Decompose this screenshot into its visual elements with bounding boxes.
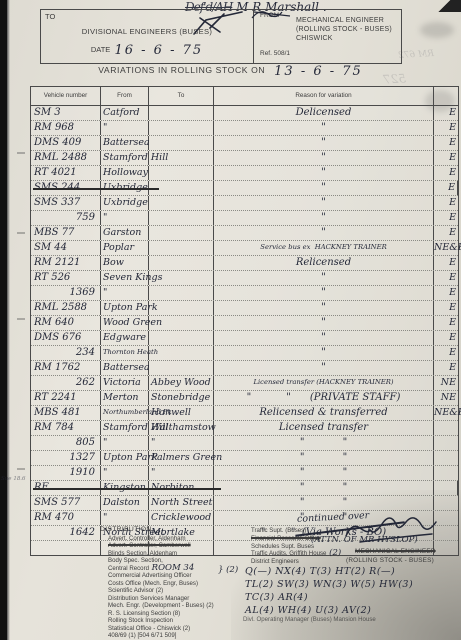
to-cell — [149, 316, 214, 330]
table-row: RM 640 Wood Green " E — [31, 316, 458, 331]
mark-cell: E — [434, 136, 458, 150]
vehicle-number-cell: DMS 676 — [31, 331, 101, 345]
margin-tick — [17, 232, 25, 234]
from-cell: " — [101, 436, 149, 450]
vehicle-number-cell: SMS 337 — [31, 196, 101, 210]
mark-cell — [434, 421, 458, 435]
sender-line1: MECHANICAL ENGINEER — [296, 16, 392, 25]
from-cell: " — [101, 511, 149, 525]
signature-icon — [340, 514, 460, 548]
from-cell: Edgware — [101, 331, 149, 345]
list-item: 408/69 (1) [504 6/71 509] — [108, 632, 250, 640]
mark-cell: E — [434, 286, 458, 300]
to-cell — [149, 136, 214, 150]
to-cell — [149, 106, 214, 120]
scribble-over-from-icon — [250, 4, 296, 24]
table-row: SM 44 Poplar Service bus ex HACKNEY TRAI… — [31, 241, 458, 256]
table-row: SMS 577 Dalston North Street " " — [31, 496, 458, 511]
header-to-cell: TO DIVISIONAL ENGINEERS (BUSES) DATE 16 … — [41, 10, 254, 63]
from-cell: Garston — [101, 226, 149, 240]
list-item: Advert. Controller, Camberwell — [108, 542, 250, 550]
scan-border-left-fade — [7, 0, 10, 640]
from-cell: " — [101, 286, 149, 300]
reason-cell: Relicensed & transferred — [214, 406, 434, 420]
signatory-title-line1: MECHANICAL ENGINEER — [355, 548, 436, 555]
handwritten-annotation: (2) — [326, 548, 341, 558]
from-cell: Merton — [101, 391, 149, 405]
garage-code-line: TL(2) SW(3) WN(3) W(5) HW(3) — [245, 578, 413, 591]
to-cell: North Street — [149, 496, 214, 510]
to-cell: " — [149, 436, 214, 450]
table-row: RM 1762 Battersea " E — [31, 361, 458, 376]
mark-cell: E — [434, 151, 458, 165]
sender-line2: (ROLLING STOCK - BUSES) — [296, 25, 392, 34]
to-cell: Walthamstow — [149, 421, 214, 435]
handwritten-annotation: ROOM 34 — [149, 563, 194, 573]
mark-cell: E — [434, 301, 458, 315]
table-row: RT 526 Seven Kings " E — [31, 271, 458, 286]
mark-cell: E — [434, 196, 458, 210]
vehicle-number-cell: RM 968 — [31, 121, 101, 135]
from-cell: Northumberland Pk — [101, 406, 149, 420]
vehicle-number-cell: MBS 481 — [31, 406, 101, 420]
list-item: R. S. Licensing Section (8) — [108, 610, 250, 618]
date-handwritten: 16 - 6 - 75 — [114, 43, 203, 58]
reason-cell: " " — [214, 451, 434, 465]
list-item-text: Scientific Advisor (2) — [108, 587, 163, 594]
addressee: DIVISIONAL ENGINEERS (BUSES) — [41, 27, 253, 36]
table-row: SM 3 Catford Delicensed E — [31, 106, 458, 121]
to-cell: Palmers Green — [149, 451, 214, 465]
distribution-list: DISTRIBUTION Advert. Controller, Aldenha… — [100, 526, 250, 640]
from-cell: Bow — [101, 256, 149, 270]
vehicle-number-cell: RML 2488 — [31, 151, 101, 165]
mark-cell: E — [434, 331, 458, 345]
vehicle-number-cell: RM 2121 — [31, 256, 101, 270]
vehicle-number-cell: 759 — [31, 211, 101, 225]
mark-cell: E — [434, 361, 458, 375]
mark-cell: E — [434, 271, 458, 285]
title-date-handwritten: 13 - 6 - 75 — [274, 64, 363, 79]
table-row: 1327 Upton Park Palmers Green " " — [31, 451, 458, 466]
col-header-to: To — [149, 87, 214, 105]
from-cell: Stamford Hill — [101, 151, 149, 165]
list-item-text: Costs Office (Mech. Engr, Buses) — [108, 580, 198, 587]
handwritten-brace-count: } (2) — [218, 567, 238, 575]
vehicle-number-cell: RM 784 — [31, 421, 101, 435]
mark-cell — [434, 496, 458, 510]
margin-date-note: Sue 18.6 — [1, 476, 26, 482]
list-item: Distribution Services Manager — [108, 595, 250, 603]
reason-cell: " — [214, 346, 434, 360]
vehicle-number-cell: MBS 77 — [31, 226, 101, 240]
table-body: SM 3 Catford Delicensed E RM 968 " " E D… — [31, 106, 458, 555]
table-row: RML 2588 Upton Park " E — [31, 301, 458, 316]
to-cell — [149, 241, 214, 255]
vehicle-number-cell: SMS 577 — [31, 496, 101, 510]
table-row: MBS 77 Garston " E — [31, 226, 458, 241]
to-cell: Stonebridge — [149, 391, 214, 405]
table-row: RT 4021 Holloway " E — [31, 166, 458, 181]
table-row: 759 " " E — [31, 211, 458, 226]
garage-code-line: Q(—) NX(4) T(3) HT(2) R(—) — [245, 565, 413, 578]
table-row: 1910 " " " " — [31, 466, 458, 481]
reason-cell: " — [214, 121, 434, 135]
strike-through-line — [33, 188, 159, 190]
from-cell: Stamford Hill — [101, 421, 149, 435]
margin-tick — [17, 318, 25, 320]
reason-cell: Relicensed — [214, 256, 434, 270]
mark-cell: NE — [434, 376, 458, 390]
mark-cell: E — [434, 181, 458, 195]
vehicle-number-cell: 234 — [31, 346, 101, 360]
table-row: DMS 676 Edgware " E — [31, 331, 458, 346]
vehicle-number-cell: RM 1762 — [31, 361, 101, 375]
scan-smudge — [420, 22, 454, 38]
reason-cell: " — [214, 181, 434, 195]
vehicle-number-cell — [31, 541, 101, 555]
from-cell: Wood Green — [101, 316, 149, 330]
list-item-text: Distribution Services Manager — [108, 595, 189, 602]
mark-cell — [434, 481, 458, 495]
reason-cell: " — [214, 316, 434, 330]
list-item-text: Traffic Audits, Griffith House — [251, 550, 326, 557]
table-row: 805 " " " " — [31, 436, 458, 451]
to-cell — [149, 346, 214, 360]
list-item-text: Commercial Advertising Officer — [108, 572, 192, 579]
table-header-row: Vehicle number From To Reason for variat… — [31, 87, 458, 106]
reason-cell: " — [214, 166, 434, 180]
scan-border-left — [0, 0, 7, 640]
vehicle-number-cell: RT 4021 — [31, 166, 101, 180]
vehicle-number-cell: RT 2241 — [31, 391, 101, 405]
strike-through-line — [33, 488, 221, 490]
from-cell: " — [101, 211, 149, 225]
list-item-text: 408/69 (1) [504 6/71 509] — [108, 632, 176, 639]
sender-address: MECHANICAL ENGINEER (ROLLING STOCK - BUS… — [296, 16, 392, 43]
reason-cell: " — [214, 151, 434, 165]
reference-number: Ref. 508/1 — [260, 50, 290, 57]
list-item-text: R. S. Licensing Section (8) — [108, 610, 180, 617]
garage-code-line: TC(3) AR(4) — [245, 591, 413, 604]
from-cell: Thornton Heath — [101, 346, 149, 360]
list-item-text: Rolling Stock Inspection — [108, 617, 173, 624]
col-header-vehicle: Vehicle number — [31, 87, 101, 105]
from-cell: Battersea — [101, 361, 149, 375]
variations-table: Vehicle number From To Reason for variat… — [30, 86, 459, 556]
document-title: VARIATIONS IN ROLLING STOCK ON 13 - 6 - … — [0, 64, 461, 79]
vehicle-number-cell: SM 44 — [31, 241, 101, 255]
vehicle-number-cell: DMS 409 — [31, 136, 101, 150]
signatory-title-line2: (ROLLING STOCK - BUSES) — [346, 557, 434, 564]
reason-cell: Delicensed — [214, 106, 434, 120]
margin-tick — [17, 152, 25, 154]
to-cell: Cricklewood — [149, 511, 214, 525]
to-label: TO — [45, 12, 55, 21]
list-item-text: Advert. Controller, Aldenham — [108, 535, 186, 542]
table-row: 262 Victoria Abbey Wood Licensed transfe… — [31, 376, 458, 391]
reason-cell: " " — [214, 466, 434, 480]
table-row: RF Kingston Norbiton " " — [31, 481, 458, 496]
mark-cell: E — [434, 316, 458, 330]
list-item-text: Traffic Supt. (Buses) — [251, 527, 306, 534]
list-item-text: Advert. Controller, Camberwell — [108, 542, 191, 549]
to-cell — [149, 361, 214, 375]
from-cell: Battersea — [101, 136, 149, 150]
mark-cell: NE&E — [434, 406, 458, 420]
list-item: Blinds Section, Aldenham — [108, 550, 250, 558]
table-row: DMS 409 Battersea " E — [31, 136, 458, 151]
list-item: Scientific Advisor (2) — [108, 587, 250, 595]
vehicle-number-cell: RML 2588 — [31, 301, 101, 315]
vehicle-number-cell: 805 — [31, 436, 101, 450]
table-row: RM 968 " " E — [31, 121, 458, 136]
table-row: 234 Thornton Heath " E — [31, 346, 458, 361]
table-row: RM 2121 Bow Relicensed E — [31, 256, 458, 271]
reason-cell: " — [214, 286, 434, 300]
title-printed: VARIATIONS IN ROLLING STOCK ON — [98, 65, 265, 75]
to-cell — [149, 271, 214, 285]
mark-cell: E — [434, 121, 458, 135]
sender-line3: CHISWICK — [296, 34, 392, 43]
reason-cell: " " — [214, 496, 434, 510]
from-cell: " — [101, 121, 149, 135]
reason-cell: " " — [214, 436, 434, 450]
to-cell: " — [149, 466, 214, 480]
mark-cell — [434, 451, 458, 465]
mark-cell — [434, 436, 458, 450]
reason-cell: " " (PRIVATE STAFF) — [214, 391, 434, 405]
reason-cell: Licensed transfer (HACKNEY TRAINER) — [214, 376, 434, 390]
reason-cell: " — [214, 301, 434, 315]
to-cell — [149, 331, 214, 345]
mark-cell: E — [434, 256, 458, 270]
list-item-text: Mech. Engr. (Development - Buses) (2) — [108, 602, 214, 609]
vehicle-number-cell: 262 — [31, 376, 101, 390]
from-cell: " — [101, 466, 149, 480]
header-box: TO DIVISIONAL ENGINEERS (BUSES) DATE 16 … — [40, 9, 402, 64]
mark-cell: E — [434, 211, 458, 225]
reason-cell: " — [214, 136, 434, 150]
list-item-text: Schedules Supt. Buses — [251, 543, 314, 550]
table-row: SMS 244 Uxbridge " E — [31, 181, 458, 196]
col-header-from: From — [101, 87, 149, 105]
from-cell: Holloway — [101, 166, 149, 180]
list-item: Rolling Stock Inspection — [108, 617, 250, 625]
from-cell: Upton Park — [101, 451, 149, 465]
to-cell — [149, 256, 214, 270]
from-cell: Poplar — [101, 241, 149, 255]
from-cell: Victoria — [101, 376, 149, 390]
list-item: Mech. Engr. (Development - Buses) (2) — [108, 602, 250, 610]
margin-tick — [17, 468, 25, 470]
vehicle-number-cell: RM 470 — [31, 511, 101, 525]
vehicle-number-cell: 1327 — [31, 451, 101, 465]
table-row: RM 784 Stamford Hill Walthamstow License… — [31, 421, 458, 436]
list-item: Advert. Controller, Aldenham — [108, 535, 250, 543]
scan-corner-mark — [435, 0, 461, 12]
list-item: Statistical Office - Chiswick (2) — [108, 625, 250, 633]
mark-cell: E — [434, 226, 458, 240]
list-item-text: Blinds Section, Aldenham — [108, 550, 177, 557]
from-cell: Catford — [101, 106, 149, 120]
scanned-document-page: RM 672 527 Def'd/AH M R Marshall . TO DI… — [0, 0, 461, 640]
mark-cell: NE&E — [434, 241, 458, 255]
list-item-text: Central Record — [108, 565, 149, 572]
col-header-mark — [434, 87, 458, 105]
reason-cell: " — [214, 361, 434, 375]
to-cell — [149, 211, 214, 225]
table-row: RT 2241 Merton Stonebridge " " (PRIVATE … — [31, 391, 458, 406]
mark-cell: E — [434, 166, 458, 180]
reason-cell: " — [214, 226, 434, 240]
reason-cell: " — [214, 211, 434, 225]
to-cell — [149, 196, 214, 210]
to-cell: Hanwell — [149, 406, 214, 420]
garage-allocation-codes: Q(—) NX(4) T(3) HT(2) R(—)TL(2) SW(3) WN… — [245, 565, 413, 617]
reason-cell: " — [214, 331, 434, 345]
reason-cell: Service bus ex HACKNEY TRAINER — [214, 241, 434, 255]
list-item: Costs Office (Mech. Engr, Buses) — [108, 580, 250, 588]
reason-cell: " " — [214, 481, 434, 495]
from-cell: Seven Kings — [101, 271, 149, 285]
to-cell — [149, 301, 214, 315]
reason-cell: " — [214, 271, 434, 285]
reason-cell: " — [214, 196, 434, 210]
table-row: 1369 " " E — [31, 286, 458, 301]
vehicle-number-cell: 1642 — [31, 526, 101, 540]
list-item-text: Statistical Office - Chiswick (2) — [108, 625, 190, 632]
date-label: DATE — [91, 45, 110, 54]
table-row: MBS 481 Northumberland Pk Hanwell Relice… — [31, 406, 458, 421]
date-row: DATE 16 - 6 - 75 — [41, 43, 253, 58]
to-cell — [149, 226, 214, 240]
bleed-through-text: RM 672 — [398, 49, 435, 61]
vehicle-number-cell: SM 3 — [31, 106, 101, 120]
from-cell: Upton Park — [101, 301, 149, 315]
vehicle-number-cell: RT 526 — [31, 271, 101, 285]
vehicle-number-cell: 1910 — [31, 466, 101, 480]
reason-cell: Licensed transfer — [214, 421, 434, 435]
distribution-items: Advert. Controller, AldenhamAdvert. Cont… — [108, 535, 250, 640]
to-cell: Abbey Wood — [149, 376, 214, 390]
to-cell — [149, 286, 214, 300]
mark-cell: NE — [434, 391, 458, 405]
from-cell: Uxbridge — [101, 196, 149, 210]
to-cell — [149, 121, 214, 135]
distribution-heading: DISTRIBUTION — [100, 526, 250, 534]
to-cell — [149, 151, 214, 165]
col-header-reason: Reason for variation — [214, 87, 434, 105]
header-from-cell: FROM MECHANICAL ENGINEER (ROLLING STOCK … — [254, 10, 401, 63]
table-row: RML 2488 Stamford Hill " E — [31, 151, 458, 166]
vehicle-number-cell: RM 640 — [31, 316, 101, 330]
vehicle-number-cell: 1369 — [31, 286, 101, 300]
mark-cell: E — [434, 106, 458, 120]
mark-cell: E — [434, 346, 458, 360]
operating-manager-line: Divl. Operating Manager (Buses) Mansion … — [243, 616, 376, 623]
to-cell — [149, 166, 214, 180]
mark-cell — [434, 466, 458, 480]
table-row: SMS 337 Uxbridge " E — [31, 196, 458, 211]
from-cell: Dalston — [101, 496, 149, 510]
